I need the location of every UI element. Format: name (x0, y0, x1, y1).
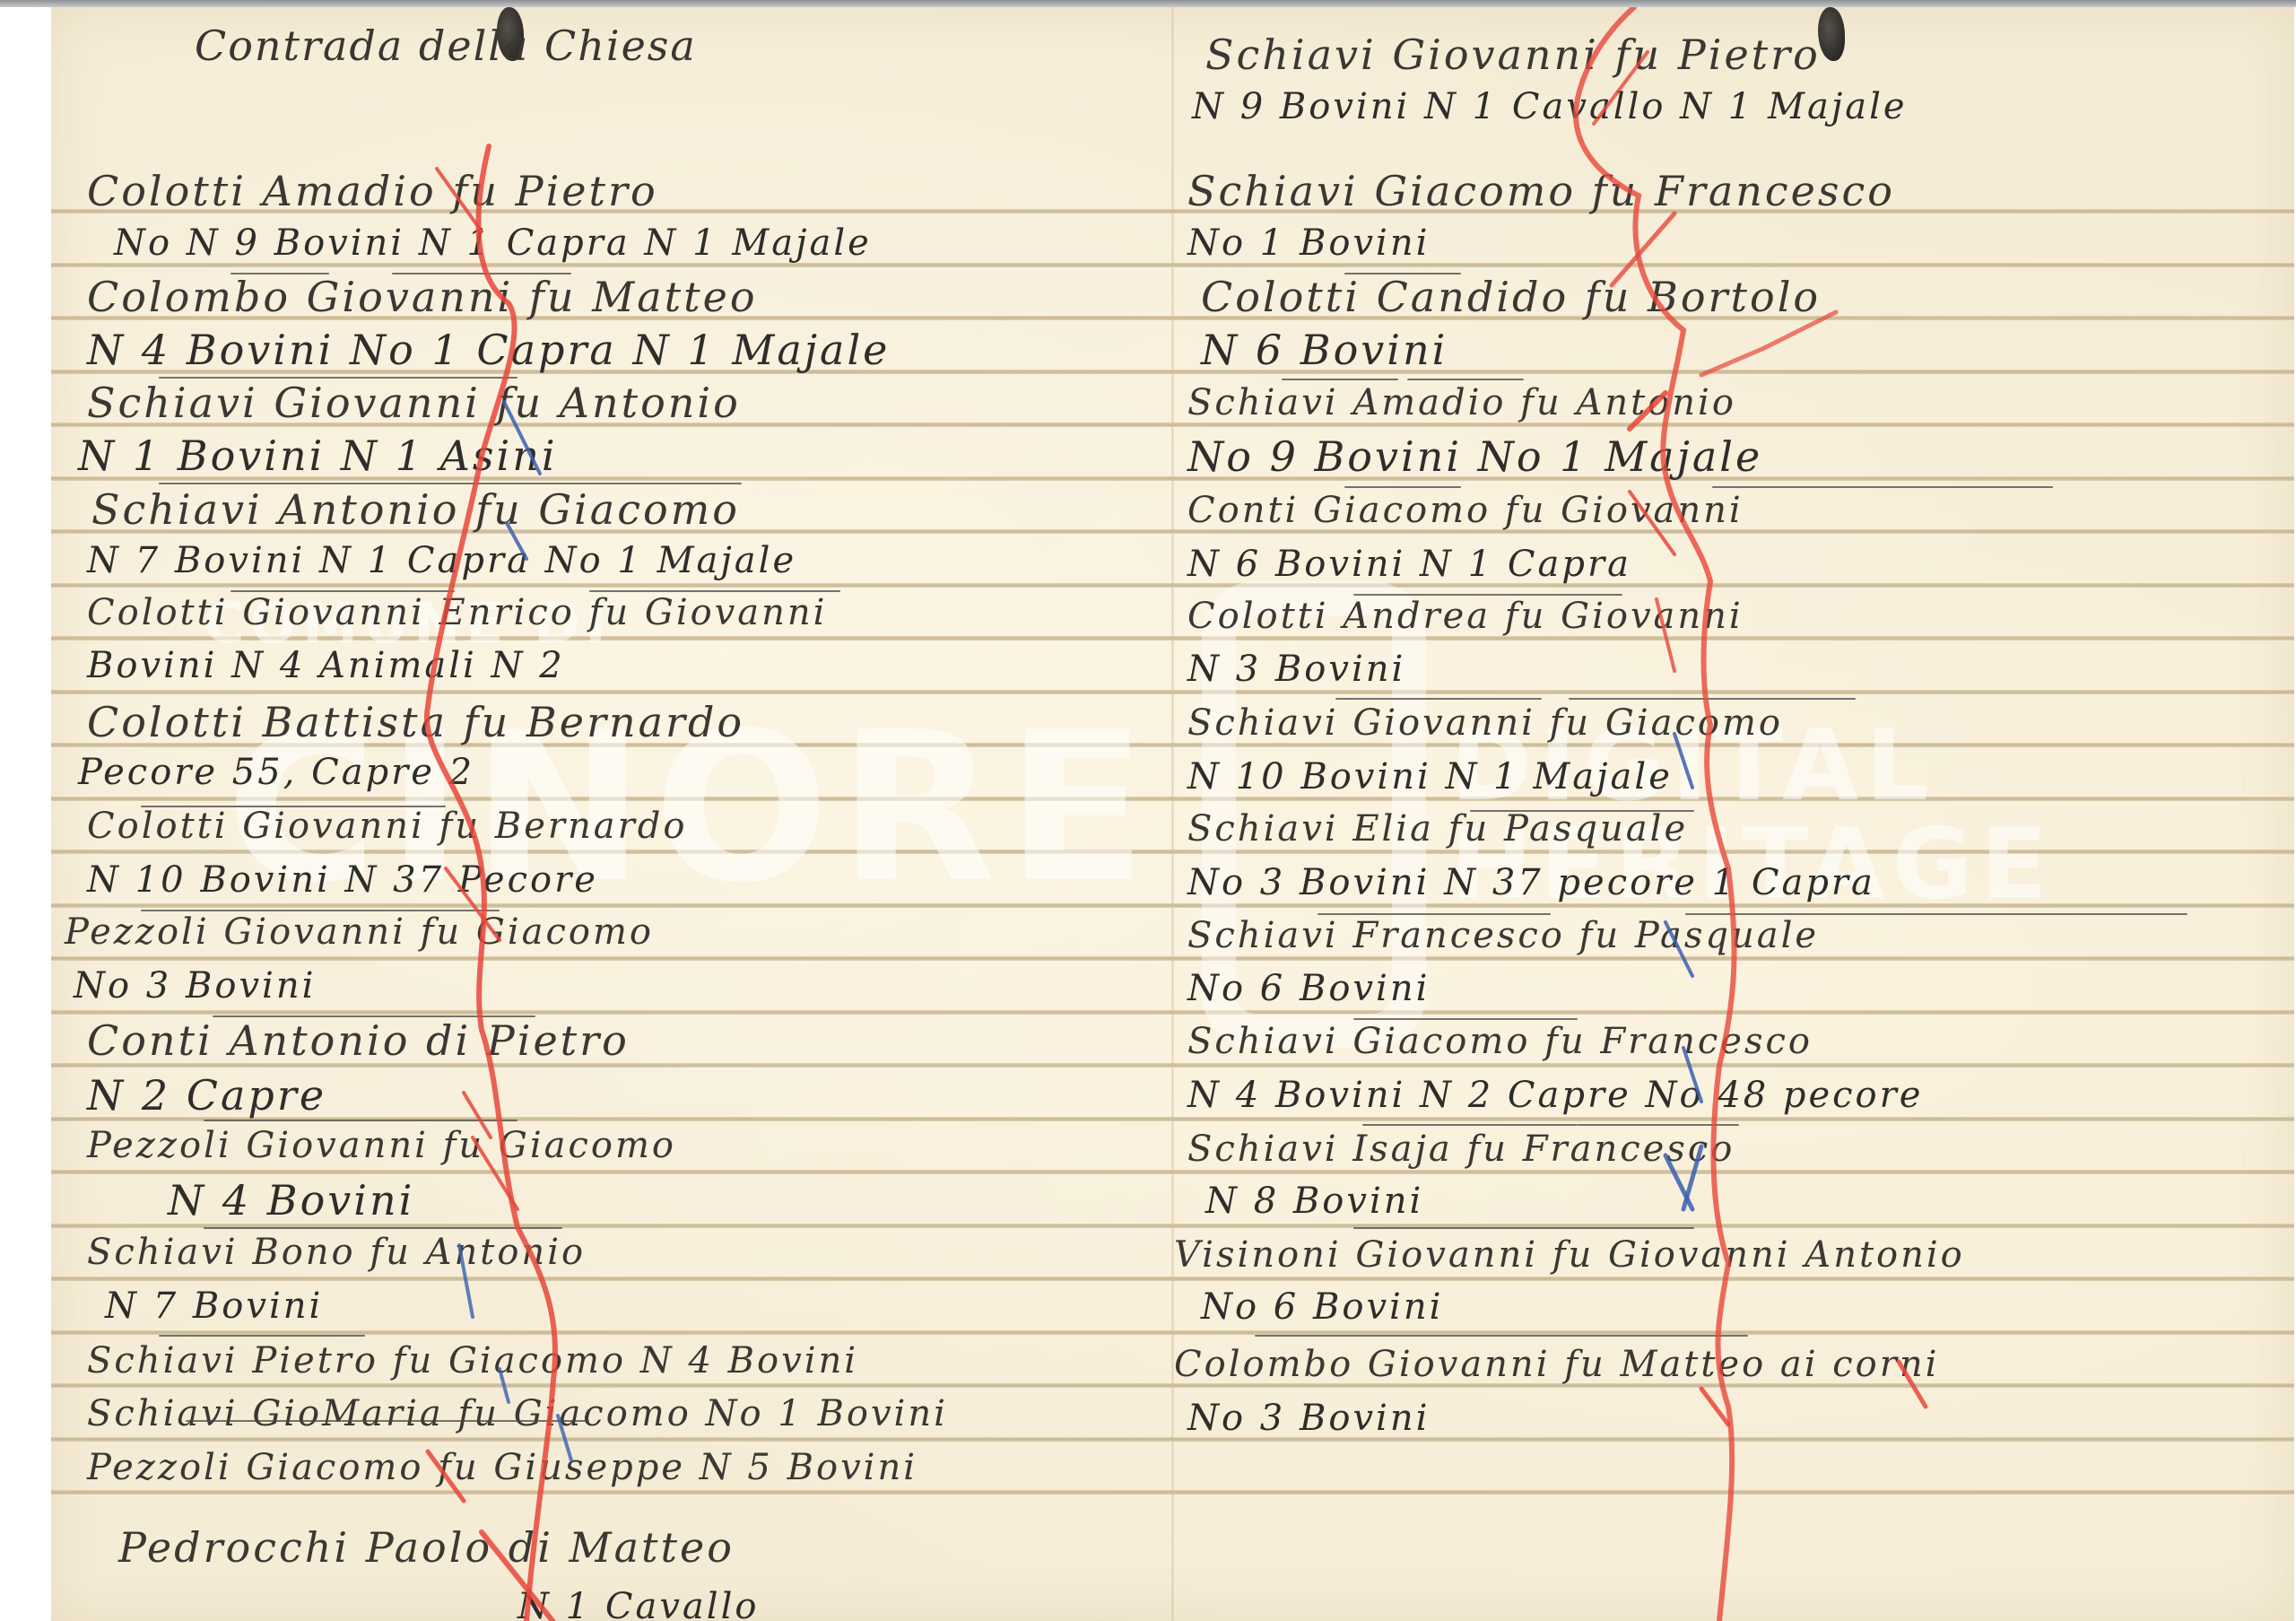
entry-name: Schiavi Amadio fu Antonio (1187, 382, 1736, 423)
entry-name: Colotti Giovanni Enrico fu Giovanni (87, 592, 827, 633)
entry-animals: No 6 Bovini (1187, 968, 1430, 1009)
ink-underline (141, 806, 446, 807)
ink-underline (1470, 810, 1694, 812)
ink-underline (204, 1227, 562, 1229)
entry-name: Pezzoli Giovanni fu Giacomo (65, 911, 654, 953)
entry-animals: No N 9 Bovini N 1 Capra N 1 Majale (114, 222, 872, 264)
scanner-top-edge (0, 0, 2296, 7)
ink-underline (392, 273, 571, 275)
entry-name: Schiavi Elia fu Pasquale (1187, 808, 1688, 850)
entry-name: Conti Giacomo fu Giovanni (1187, 490, 1744, 531)
header-entry-name: Schiavi Giovanni fu Pietro (1205, 31, 1821, 79)
ink-underline (159, 483, 742, 484)
entry-animals: No 9 Bovini No 1 Majale (1187, 432, 1762, 481)
entry-animals: N 7 Bovini (105, 1285, 323, 1327)
entry-name: Schiavi Giovanni fu Giacomo (1187, 702, 1783, 744)
entry-animals: Bovini N 4 Animali N 2 (87, 645, 565, 686)
entry-animals: N 2 Capre (87, 1071, 326, 1120)
ink-underline (204, 1120, 517, 1121)
entry-name: Pedrocchi Paolo di Matteo (118, 1523, 735, 1572)
entry-name: Schiavi Giovanni fu Antonio (87, 379, 741, 427)
ink-underline (1282, 379, 1398, 380)
left-page: Contrada della Chiesa Colotti Amadio fu … (51, 7, 1171, 1621)
entry-single-line: Schiavi GioMaria fu Giacomo No 1 Bovini (87, 1393, 948, 1434)
ink-underline (589, 590, 840, 592)
entry-name: Colombo Giovanni fu Matteo ai corni (1174, 1344, 1939, 1385)
entry-animals: No 3 Bovini (74, 965, 316, 1007)
ink-underline (1685, 913, 2187, 915)
entry-name: Schiavi Antonio fu Giacomo (91, 485, 740, 534)
entry-name: Colotti Amadio fu Pietro (87, 167, 658, 215)
ink-underline (1255, 1335, 1748, 1337)
header-entry-animals: N 9 Bovini N 1 Cavallo N 1 Majale (1192, 86, 1908, 127)
entry-name: Conti Antonio di Pietro (87, 1016, 630, 1065)
ink-underline (1353, 1227, 1694, 1229)
entry-animals: No 3 Bovini (1187, 1398, 1430, 1439)
entry-animals: N 10 Bovini N 37 Pecore (87, 859, 598, 901)
entry-animals: N 4 Bovini N 2 Capre No 48 pecore (1187, 1075, 1923, 1116)
ink-underline (230, 590, 455, 592)
ink-underline (1344, 486, 1461, 488)
ink-underline (230, 273, 329, 275)
ink-underline (1353, 594, 1622, 596)
entry-animals: No 3 Bovini N 37 pecore 1 Capra (1187, 862, 1875, 903)
entry-animals: N 3 Bovini (1187, 649, 1405, 690)
right-page: Schiavi Giovanni fu Pietro N 9 Bovini N … (1174, 7, 2294, 1621)
entry-name: Schiavi Giacomo fu Francesco (1187, 167, 1895, 215)
entry-name: Schiavi Bono fu Antonio (87, 1232, 586, 1273)
entry-animals: N 4 Bovini (168, 1176, 414, 1224)
ink-underline (213, 1015, 535, 1017)
ink-underline (1712, 486, 2053, 488)
ink-underline (1569, 698, 1856, 700)
entry-name: Colotti Andrea fu Giovanni (1187, 596, 1744, 637)
ink-underline (1335, 698, 1542, 700)
ink-underline (1362, 1124, 1578, 1126)
page-heading: Contrada della Chiesa (195, 22, 697, 70)
ink-underline (141, 910, 500, 911)
ink-underline (1318, 913, 1551, 915)
document-sheet: COMUNE DI CINORE DIGITAL HERITAGE Contra… (51, 7, 2294, 1621)
entry-single-line: Schiavi Pietro fu Giacomo N 4 Bovini (87, 1340, 858, 1381)
ink-underline (1407, 379, 1524, 380)
entry-animals: N 6 Bovini (1201, 326, 1448, 374)
entry-name: Colotti Giovanni fu Bernardo (87, 806, 687, 847)
entry-animals: N 10 Bovini N 1 Majale (1187, 756, 1673, 797)
entry-name: Colombo Giovanni fu Matteo (87, 273, 758, 321)
entry-name: Schiavi Francesco fu Pasquale (1187, 915, 1819, 956)
ink-underline (159, 377, 517, 379)
entry-name: Pezzoli Giovanni fu Giacomo (87, 1125, 676, 1166)
entry-name: Colotti Battista fu Bernardo (87, 698, 744, 746)
entry-name: Schiavi Isaja fu Francesco (1187, 1129, 1735, 1170)
ink-underline (1344, 273, 1461, 275)
entry-name: Schiavi Giacomo fu Francesco (1187, 1021, 1813, 1062)
entry-name: Visinoni Giovanni fu Giovanni Antonio (1174, 1234, 1965, 1276)
entry-animals: N 8 Bovini (1205, 1181, 1423, 1222)
entry-single-line: Pezzoli Giacomo fu Giuseppe N 5 Bovini (87, 1447, 918, 1488)
entry-animals: N 1 Cavallo (517, 1586, 759, 1621)
entry-animals: No 6 Bovini (1201, 1286, 1443, 1328)
ink-underline (1353, 1018, 1578, 1020)
entry-animals: Pecore 55, Capre 2 (78, 752, 474, 793)
entry-animals: N 6 Bovini N 1 Capra (1187, 544, 1631, 585)
ink-underline (1578, 1124, 1739, 1126)
entry-animals: No 1 Bovini (1187, 222, 1430, 264)
ink-underline (159, 1335, 365, 1337)
entry-animals: N 4 Bovini No 1 Capra N 1 Majale (87, 326, 890, 374)
entry-animals: N 1 Bovini N 1 Asini (78, 431, 558, 480)
entry-name: Colotti Candido fu Bortolo (1201, 273, 1821, 321)
entry-animals: N 7 Bovini N 1 Capra No 1 Majale (87, 540, 796, 581)
ink-underline (186, 1420, 589, 1422)
